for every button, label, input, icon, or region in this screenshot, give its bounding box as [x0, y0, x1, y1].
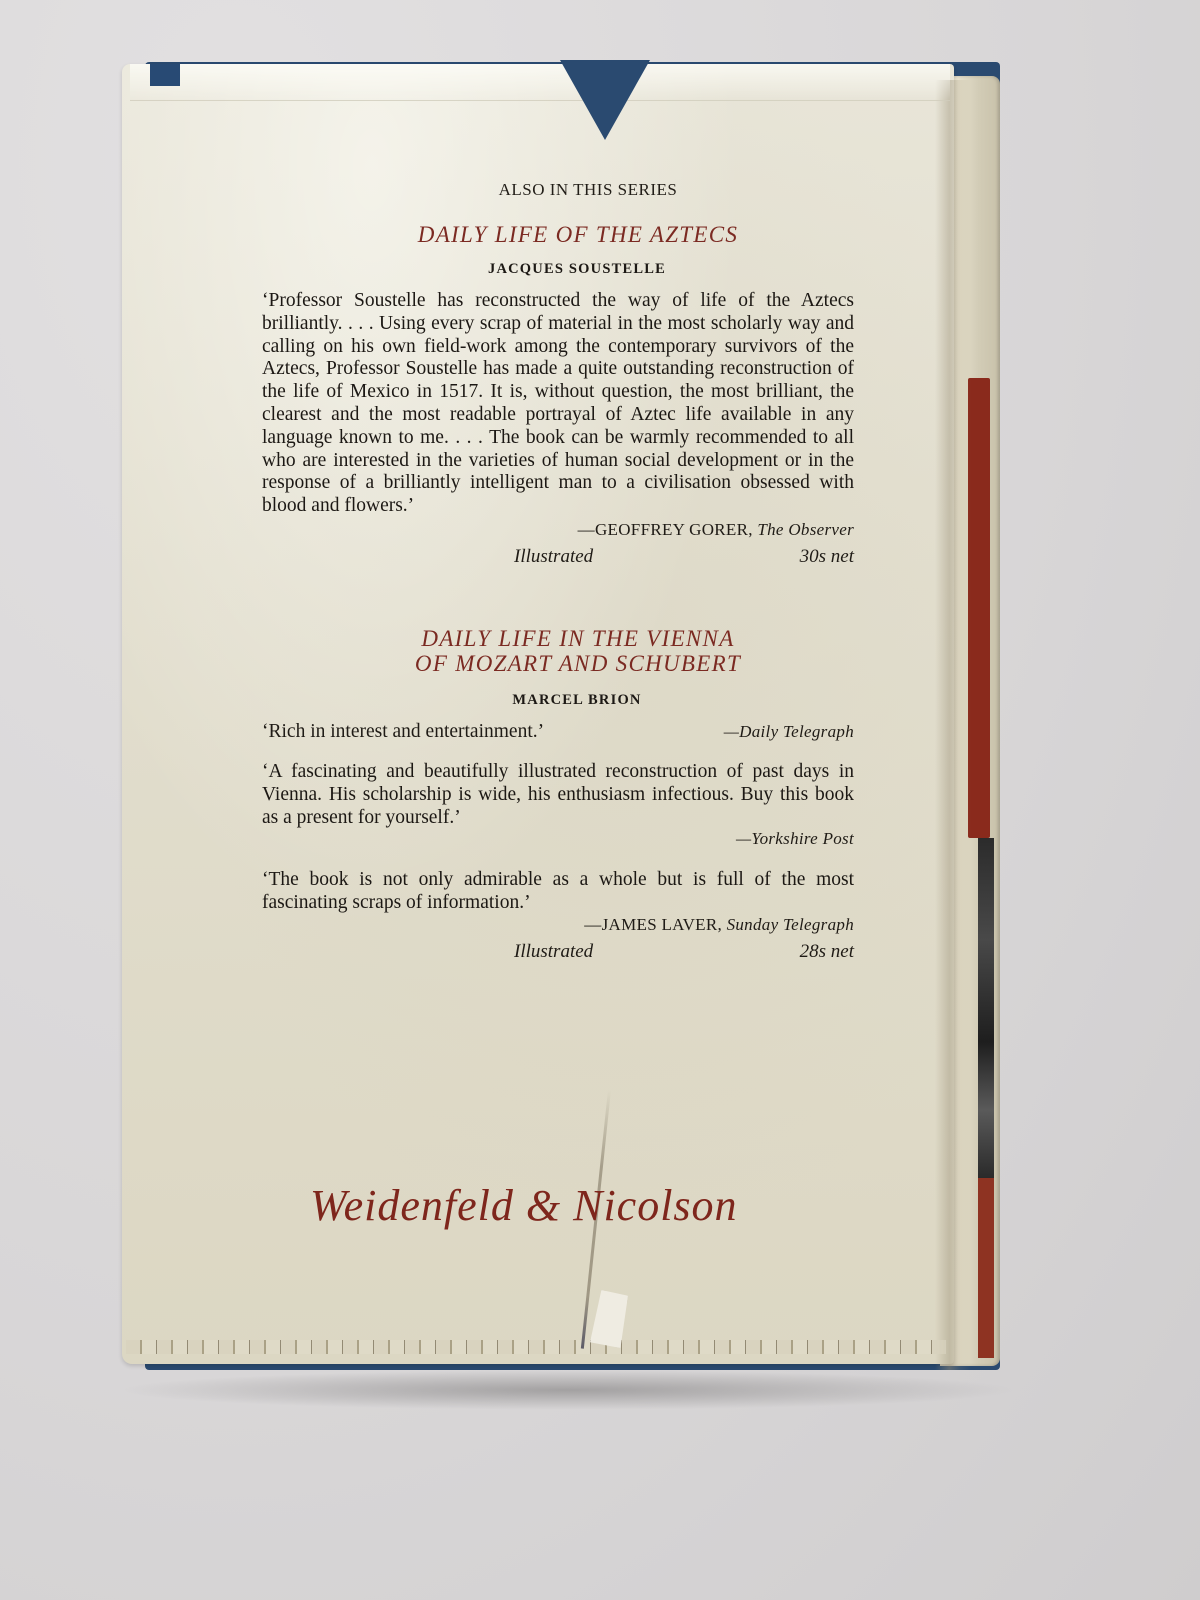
format-label: Illustrated — [262, 941, 593, 963]
cover-text: ALSO IN THIS SERIES DAILY LIFE OF THE AZ… — [262, 180, 854, 963]
format-price-row: Illustrated 30s net — [262, 546, 854, 568]
jacket-bottom-wear — [126, 1340, 946, 1354]
book-title-line-2: OF MOZART AND SCHUBERT — [262, 651, 854, 676]
spine-red-band-upper — [968, 378, 990, 838]
review-quote: ‘The book is not only admirable as a who… — [262, 869, 854, 915]
format-label: Illustrated — [262, 546, 593, 568]
spine-photo-strip — [978, 838, 994, 1178]
review-attribution: —JAMES LAVER, Sunday Telegraph — [262, 915, 854, 935]
review-publication: —Daily Telegraph — [724, 722, 854, 742]
book-title-line-1: DAILY LIFE IN THE VIENNA — [262, 626, 854, 651]
publisher-name: Weidenfeld & Nicolson — [310, 1180, 738, 1231]
review-publication: Sunday Telegraph — [727, 915, 854, 934]
review-attribution: —GEOFFREY GORER, The Observer — [262, 520, 854, 540]
review-quote: ‘Rich in interest and entertainment.’ — [262, 721, 544, 743]
spine-red-band-lower — [978, 1178, 994, 1358]
review-quote: ‘A fascinating and beautifully illustrat… — [262, 761, 854, 829]
spine-fold — [935, 80, 971, 1370]
jacket-notch-tear — [560, 60, 650, 140]
board-cloth-corner — [150, 64, 180, 86]
book-shadow — [118, 1370, 1018, 1410]
book-author: JACQUES SOUSTELLE — [262, 261, 854, 278]
review-quote: ‘Professor Soustelle has reconstructed t… — [262, 290, 854, 518]
jacket-top-wear — [130, 64, 950, 101]
reviewer-name: —GEOFFREY GORER, — [578, 520, 753, 539]
book-title: DAILY LIFE OF THE AZTECS — [262, 222, 854, 247]
series-heading: ALSO IN THIS SERIES — [262, 180, 854, 200]
book-author: MARCEL BRION — [262, 692, 854, 709]
reviewer-name: —JAMES LAVER, — [584, 915, 722, 934]
review-publication: The Observer — [757, 520, 854, 539]
review-attribution: —Yorkshire Post — [262, 829, 854, 849]
review-row: ‘Rich in interest and entertainment.’ —D… — [262, 721, 854, 743]
book-entry-vienna: DAILY LIFE IN THE VIENNA OF MOZART AND S… — [262, 626, 854, 963]
format-price-row: Illustrated 28s net — [262, 941, 854, 963]
price: 30s net — [800, 546, 854, 568]
book-entry-aztecs: DAILY LIFE OF THE AZTECS JACQUES SOUSTEL… — [262, 222, 854, 568]
price: 28s net — [800, 941, 854, 963]
review-publication: —Yorkshire Post — [736, 829, 854, 848]
